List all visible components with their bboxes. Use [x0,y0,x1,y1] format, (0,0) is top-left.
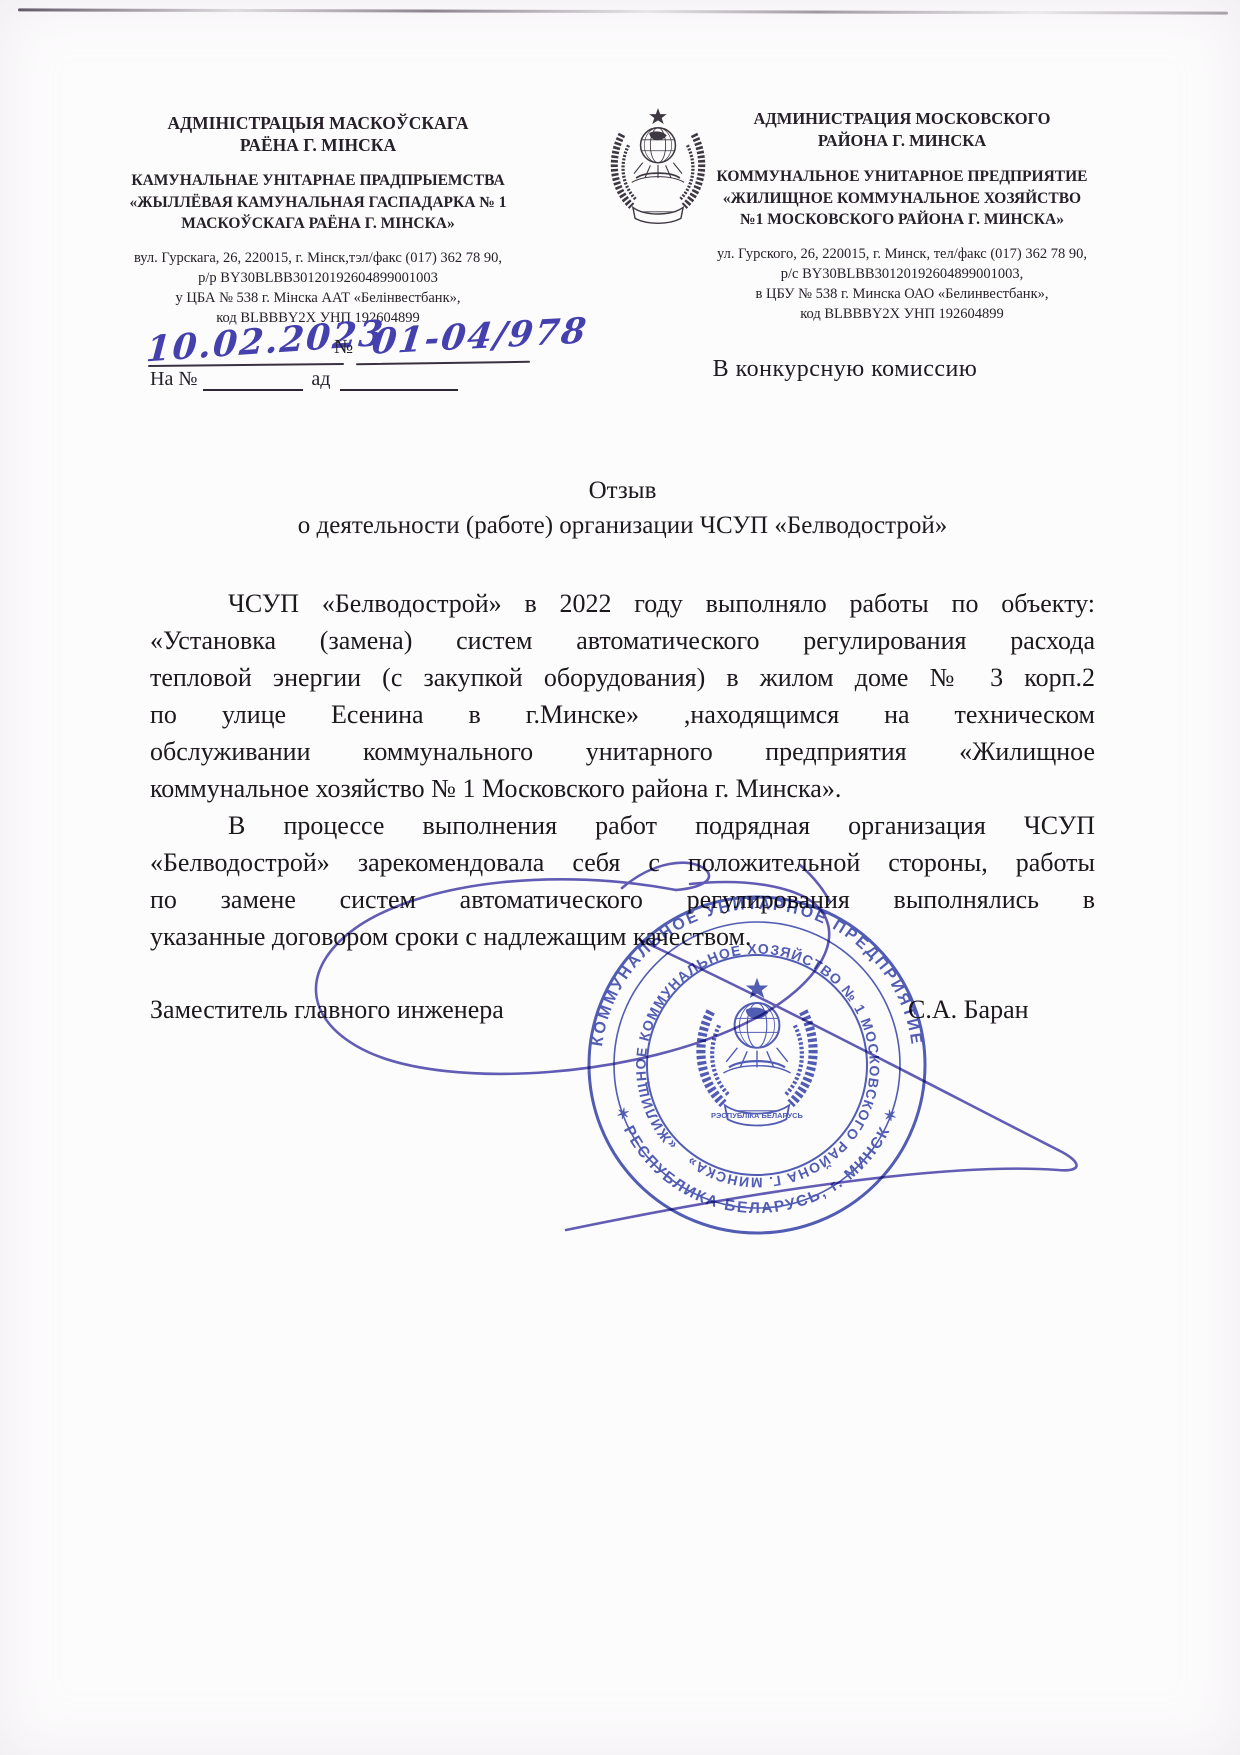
text-line: РАЁНА Г. МІНСКА [112,134,524,156]
stamp-coat-of-arms-icon [701,978,813,1126]
na-number-label: На № [150,368,197,391]
text-line: ул. Гурского, 26, 220015, г. Минск, тел/… [690,244,1114,264]
org-administration-title-by: АДМІНІСТРАЦЫЯ МАСКОЎСКАГАРАЁНА Г. МІНСКА [112,112,524,156]
text-line: «Установка (замена) систем автоматическо… [150,622,1095,659]
text-line: в ЦБУ № 538 г. Минска ОАО «Белинвестбанк… [690,284,1114,304]
header-left-belarusian: АДМІНІСТРАЦЫЯ МАСКОЎСКАГАРАЁНА Г. МІНСКА… [112,112,524,328]
text-line: р/р BY30BLBB30120192604899001003 [112,268,524,288]
scanned-letter-page: АДМІНІСТРАЦЫЯ МАСКОЎСКАГАРАЁНА Г. МІНСКА… [0,0,1240,1755]
scan-edge-artifact [18,8,1228,14]
header-right-russian: АДМИНИСТРАЦИЯ МОСКОВСКОГОРАЙОНА Г. МИНСК… [690,108,1114,324]
incoming-reference-row: На №ад [150,368,570,391]
text-line: РАЙОНА Г. МИНСКА [690,130,1114,152]
recipient-line: В конкурсную комиссию [585,356,1105,383]
text-line: КАМУНАЛЬНАЕ УНІТАРНАЕ ПРАДПРЫЕМСТВА [112,170,524,192]
text-line: вул. Гурскага, 26, 220015, г. Мінск,тэл/… [112,248,524,268]
text-line: №1 МОСКОВСКОГО РАЙОНА Г. МИНСКА» [690,209,1114,231]
org-address-ru: ул. Гурского, 26, 220015, г. Минск, тел/… [690,244,1114,324]
org-enterprise-name-by: КАМУНАЛЬНАЕ УНІТАРНАЕ ПРАДПРЫЕМСТВА«ЖЫЛЛ… [112,170,524,235]
signer-position: Заместитель главного инженера [150,995,504,1025]
incoming-date-blank [340,369,458,391]
text-line: по улице Есенина в г.Минске» ,находящимс… [150,696,1095,733]
org-administration-title-ru: АДМИНИСТРАЦИЯ МОСКОВСКОГОРАЙОНА Г. МИНСК… [690,108,1114,152]
document-subtitle: о деятельности (работе) организации ЧСУП… [150,512,1095,540]
ad-label: ад [311,368,330,391]
text-line: коммунальное хозяйство № 1 Московского р… [150,770,1095,807]
text-line: АДМІНІСТРАЦЫЯ МАСКОЎСКАГА [112,112,524,134]
text-line: у ЦБА № 538 г. Мінска ААТ «Белінвестбанк… [112,288,524,308]
text-line: «ЖЫЛЛЁВАЯ КАМУНАЛЬНАЯ ГАСПАДАРКА № 1 [112,192,524,214]
document-title: Отзыв [150,477,1095,505]
text-line: «ЖИЛИЩНОЕ КОММУНАЛЬНОЕ ХОЗЯЙСТВО [690,188,1114,210]
org-enterprise-name-ru: КОММУНАЛЬНОЕ УНИТАРНОЕ ПРЕДПРИЯТИЕ«ЖИЛИЩ… [690,166,1114,231]
text-line: МАСКОЎСКАГА РАЁНА Г. МІНСКА» [112,213,524,235]
text-line: ЧСУП «Белводострой» в 2022 году выполнял… [150,585,1095,622]
body-paragraph-1: ЧСУП «Белводострой» в 2022 году выполнял… [150,585,1095,807]
text-line: р/с BY30BLBB30120192604899001003, [690,264,1114,284]
text-line: АДМИНИСТРАЦИЯ МОСКОВСКОГО [690,108,1114,130]
text-line: В процессе выполнения работ подрядная ор… [150,807,1095,844]
official-round-stamp: КОММУНАЛЬНОЕ УНИТАРНОЕ ПРЕДПРИЯТИЕ ✶ РЕС… [577,885,937,1245]
incoming-number-blank [203,369,303,391]
org-address-by: вул. Гурскага, 26, 220015, г. Мінск,тэл/… [112,248,524,328]
text-line: тепловой энергии (с закупкой оборудовани… [150,659,1095,696]
text-line: обслуживании коммунального унитарного пр… [150,733,1095,770]
stamp-center-label: РЭСПУБЛІКА БЕЛАРУСЬ [711,1111,803,1120]
text-line: КОММУНАЛЬНОЕ УНИТАРНОЕ ПРЕДПРИЯТИЕ [690,166,1114,188]
text-line: «Белводострой» зарекомендовала себя с по… [150,844,1095,881]
text-line: код BLBBBY2X УНП 192604899 [690,304,1114,324]
number-sign-label: № [334,336,353,359]
